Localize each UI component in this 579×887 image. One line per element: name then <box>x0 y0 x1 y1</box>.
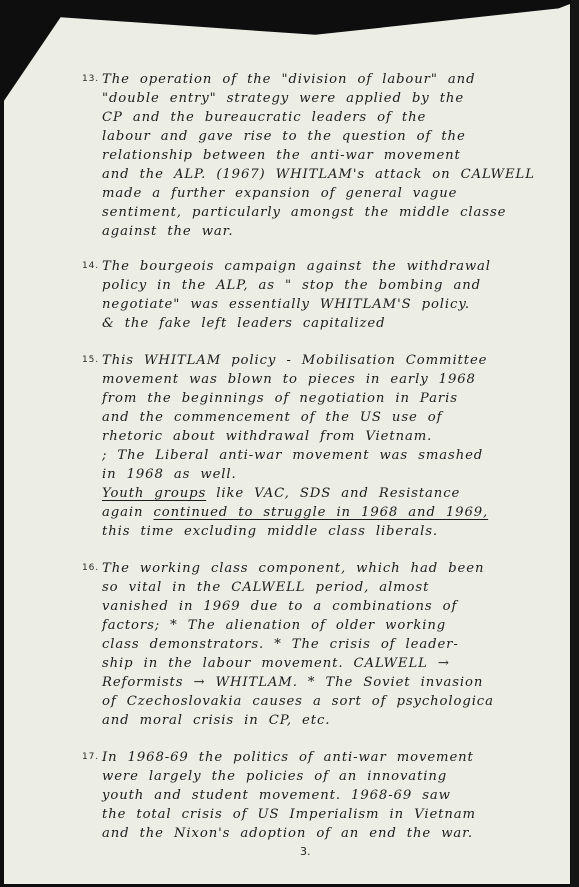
text-line: The working class component, which had b… <box>102 559 560 578</box>
underlined-phrase: Youth groups <box>102 486 206 501</box>
note-item-15: 15. This WHITLAM policy - Mobilisation C… <box>82 351 560 541</box>
text-line: the total crisis of US Imperialism in Vi… <box>102 805 560 824</box>
text-line: & the fake left leaders capitalized <box>102 314 560 333</box>
text-line: In 1968-69 the politics of anti-war move… <box>102 748 560 767</box>
text-line: in 1968 as well. <box>102 465 560 484</box>
text-line: and the Nixon's adoption of an end the w… <box>102 824 560 843</box>
text-line: policy in the ALP, as " stop the bombing… <box>102 276 560 295</box>
text-line: against the war. <box>102 222 560 241</box>
text-line: rhetoric about withdrawal from Vietnam. <box>102 427 560 446</box>
text-line: were largely the policies of an innovati… <box>102 767 560 786</box>
item-number: 13. <box>82 74 99 84</box>
text-line: ship in the labour movement. CALWELL → <box>102 654 560 673</box>
text-line: and the ALP. (1967) WHITLAM's attack on … <box>102 165 560 184</box>
item-number: 17. <box>82 752 99 762</box>
text-line: This WHITLAM policy - Mobilisation Commi… <box>102 351 560 370</box>
text-fragment: like VAC, SDS and Resistance <box>206 486 460 501</box>
text-line: from the beginnings of negotiation in Pa… <box>102 389 560 408</box>
underlined-text-line: again continued to struggle in 1968 and … <box>102 503 560 522</box>
text-line: sentiment, particularly amongst the midd… <box>102 203 560 222</box>
scanned-page: 13. The operation of the "division of la… <box>0 0 579 887</box>
text-line: of Czechoslovakia causes a sort of psych… <box>102 692 560 711</box>
item-number: 14. <box>82 261 99 271</box>
note-item-16: 16. The working class component, which h… <box>82 559 560 730</box>
item-number: 15. <box>82 355 99 365</box>
text-line: and moral crisis in CP, etc. <box>102 711 560 730</box>
underlined-text-line: Youth groups like VAC, SDS and Resistanc… <box>102 484 560 503</box>
text-line: "double entry" strategy were applied by … <box>102 89 560 108</box>
page-number: 3. <box>300 845 311 858</box>
text-line: ; The Liberal anti-war movement was smas… <box>102 446 560 465</box>
underlined-phrase: continued to struggle in 1968 and 1969, <box>153 505 488 520</box>
text-line: The operation of the "division of labour… <box>102 70 560 89</box>
note-item-14: 14. The bourgeois campaign against the w… <box>82 257 560 333</box>
text-line: CP and the bureaucratic leaders of the <box>102 108 560 127</box>
text-line: relationship between the anti-war moveme… <box>102 146 560 165</box>
text-line: factors; * The alienation of older worki… <box>102 616 560 635</box>
text-line: so vital in the CALWELL period, almost <box>102 578 560 597</box>
note-item-13: 13. The operation of the "division of la… <box>82 70 560 241</box>
text-line: made a further expansion of general vagu… <box>102 184 560 203</box>
text-line: class demonstrators. * The crisis of lea… <box>102 635 560 654</box>
handwritten-notes: 13. The operation of the "division of la… <box>82 70 560 861</box>
scan-border <box>571 0 579 887</box>
text-line: The bourgeois campaign against the withd… <box>102 257 560 276</box>
text-line: this time excluding middle class liberal… <box>102 522 560 541</box>
text-line: labour and gave rise to the question of … <box>102 127 560 146</box>
text-line: vanished in 1969 due to a combinations o… <box>102 597 560 616</box>
text-fragment: again <box>102 505 153 520</box>
text-line: movement was blown to pieces in early 19… <box>102 370 560 389</box>
text-line: youth and student movement. 1968-69 saw <box>102 786 560 805</box>
text-line: Reformists → WHITLAM. * The Soviet invas… <box>102 673 560 692</box>
text-line: negotiate" was essentially WHITLAM'S pol… <box>102 295 560 314</box>
item-number: 16. <box>82 563 99 573</box>
text-line: and the commencement of the US use of <box>102 408 560 427</box>
note-item-17: 17. In 1968-69 the politics of anti-war … <box>82 748 560 843</box>
